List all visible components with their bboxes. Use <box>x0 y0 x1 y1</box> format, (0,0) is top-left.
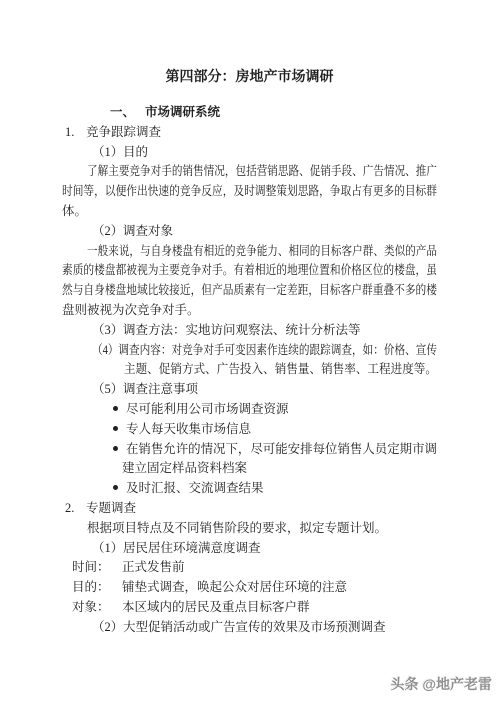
line-label: 目的： <box>72 578 122 598</box>
line-text: 调查注意事项 <box>123 382 198 396</box>
line-number: 一、 <box>110 103 145 123</box>
line-text: 铺垫式调查，唤起公众对居住环境的注意 <box>122 580 347 594</box>
doc-line: 体。 <box>62 202 437 222</box>
bullet-item: 及时汇报、交流调查结果 <box>113 479 437 499</box>
line-text: 调查方法：实地访问观察法、统计分析法等 <box>123 323 361 337</box>
line-number: 2. <box>65 499 86 519</box>
line-number: （5） <box>92 380 123 400</box>
doc-line: （1）居民居住环境满意度调查 <box>92 539 437 559</box>
line-text: 了解主要竞争对手的销售情况，包括营销思路、促销手段、广告情况、推广 <box>87 164 437 178</box>
line-label: 时间： <box>72 558 122 578</box>
bullet-icon <box>113 406 118 411</box>
doc-line: 时间等，以便作出快速的竞争反应，及时调整策划思路，争取占有更多的目标群 <box>62 182 437 202</box>
doc-line: 根据项目特点及不同销售阶段的要求，拟定专题计划。 <box>87 519 437 539</box>
doc-line: 时间：正式发售前 <box>72 558 437 578</box>
line-text: 然与自身楼盘地域比较接近，但产品质素有一定差距，目标客户群重叠不多的楼 <box>62 283 437 297</box>
line-text: 大型促销活动或广告宣传的效果及市场预测调查 <box>123 620 386 634</box>
doc-line: 素质的楼盘都被视为主要竞争对手。有着相近的地理位置和价格区位的楼盘，虽 <box>62 261 437 281</box>
line-text: 主题、促销方式、广告投入、销售量、销售率、工程进度等。 <box>124 362 437 376</box>
line-text: 建立固定样品资料档案 <box>122 461 247 475</box>
line-number: （2） <box>92 618 123 638</box>
doc-line: （2）大型促销活动或广告宣传的效果及市场预测调查 <box>92 618 437 638</box>
doc-line: 目的：铺垫式调查，唤起公众对居住环境的注意 <box>72 578 437 598</box>
doc-line: 盘则被视为次竞争对手。 <box>62 301 437 321</box>
line-text: 盘则被视为次竞争对手。 <box>62 303 200 317</box>
doc-title: 第四部分：房地产市场调研 <box>62 66 437 86</box>
line-label: 对象： <box>72 598 122 618</box>
watermark-text: 头条 @地产老雷 <box>390 676 492 692</box>
line-text: 及时汇报、交流调查结果 <box>126 481 264 495</box>
document-page: 第四部分：房地产市场调研 一、市场调研系统 1.竞争跟踪调查 （1）目的 了解主… <box>0 0 500 707</box>
line-text: 体。 <box>62 204 87 218</box>
line-text: 市场调研系统 <box>145 105 220 119</box>
doc-line: 然与自身楼盘地域比较接近，但产品质素有一定差距，目标客户群重叠不多的楼 <box>62 281 437 301</box>
line-text: 本区域内的居民及重点目标客户群 <box>122 600 310 614</box>
doc-line: 对象：本区域内的居民及重点目标客户群 <box>72 598 437 618</box>
line-text: 目的 <box>123 145 148 159</box>
line-number: （4） <box>92 341 118 361</box>
doc-line: （1）目的 <box>92 143 437 163</box>
line-number: （2） <box>92 222 123 242</box>
doc-line: 1.竞争跟踪调查 <box>65 123 437 143</box>
line-text: 根据项目特点及不同销售阶段的要求，拟定专题计划。 <box>87 521 387 535</box>
doc-line: （5）调查注意事项 <box>92 380 437 400</box>
line-number: 1. <box>65 123 86 143</box>
line-text: 时间等，以便作出快速的竞争反应，及时调整策划思路，争取占有更多的目标群 <box>62 184 437 198</box>
line-number: （1） <box>92 539 123 559</box>
line-text: 调查内容：对竞争对手可变因素作连续的跟踪调查，如：价格、宣传 <box>118 343 437 357</box>
document-body: 第四部分：房地产市场调研 一、市场调研系统 1.竞争跟踪调查 （1）目的 了解主… <box>62 0 437 638</box>
doc-line: （4）调查内容：对竞争对手可变因素作连续的跟踪调查，如：价格、宣传 <box>92 341 437 361</box>
line-number: （1） <box>92 143 123 163</box>
watermark: 头条 @地产老雷 <box>390 674 492 694</box>
line-text: 正式发售前 <box>122 560 185 574</box>
line-text: 一般来说，与自身楼盘有相近的竞争能力、相同的目标客户群、类似的产品 <box>87 244 437 258</box>
bullet-item: 在销售允许的情况下，尽可能安排每位销售人员定期市调 <box>113 440 437 460</box>
line-text: 居民居住环境满意度调查 <box>123 541 261 555</box>
line-text: 素质的楼盘都被视为主要竞争对手。有着相近的地理位置和价格区位的楼盘，虽 <box>62 263 437 277</box>
line-number: （3） <box>92 321 123 341</box>
bullet-item: 尽可能利用公司市场调查资源 <box>113 400 437 420</box>
doc-line: 了解主要竞争对手的销售情况，包括营销思路、促销手段、广告情况、推广 <box>87 162 437 182</box>
section-heading: 一、市场调研系统 <box>110 103 437 123</box>
line-text: 专题调查 <box>86 501 136 515</box>
bullet-icon <box>113 485 118 490</box>
bullet-item: 专人每天收集市场信息 <box>113 420 437 440</box>
line-text: 竞争跟踪调查 <box>86 125 161 139</box>
line-text: 专人每天收集市场信息 <box>126 422 251 436</box>
doc-line: （3）调查方法：实地访问观察法、统计分析法等 <box>92 321 437 341</box>
bullet-icon <box>113 426 118 431</box>
doc-line: 一般来说，与自身楼盘有相近的竞争能力、相同的目标客户群、类似的产品 <box>87 242 437 262</box>
line-text: 尽可能利用公司市场调查资源 <box>126 402 289 416</box>
doc-line: 建立固定样品资料档案 <box>122 459 437 479</box>
line-text: 在销售允许的情况下，尽可能安排每位销售人员定期市调 <box>126 442 437 456</box>
doc-line: 主题、促销方式、广告投入、销售量、销售率、工程进度等。 <box>124 360 437 380</box>
line-text: 调查对象 <box>123 224 173 238</box>
doc-line: （2）调查对象 <box>92 222 437 242</box>
bullet-icon <box>113 446 118 451</box>
doc-line: 2.专题调查 <box>65 499 437 519</box>
